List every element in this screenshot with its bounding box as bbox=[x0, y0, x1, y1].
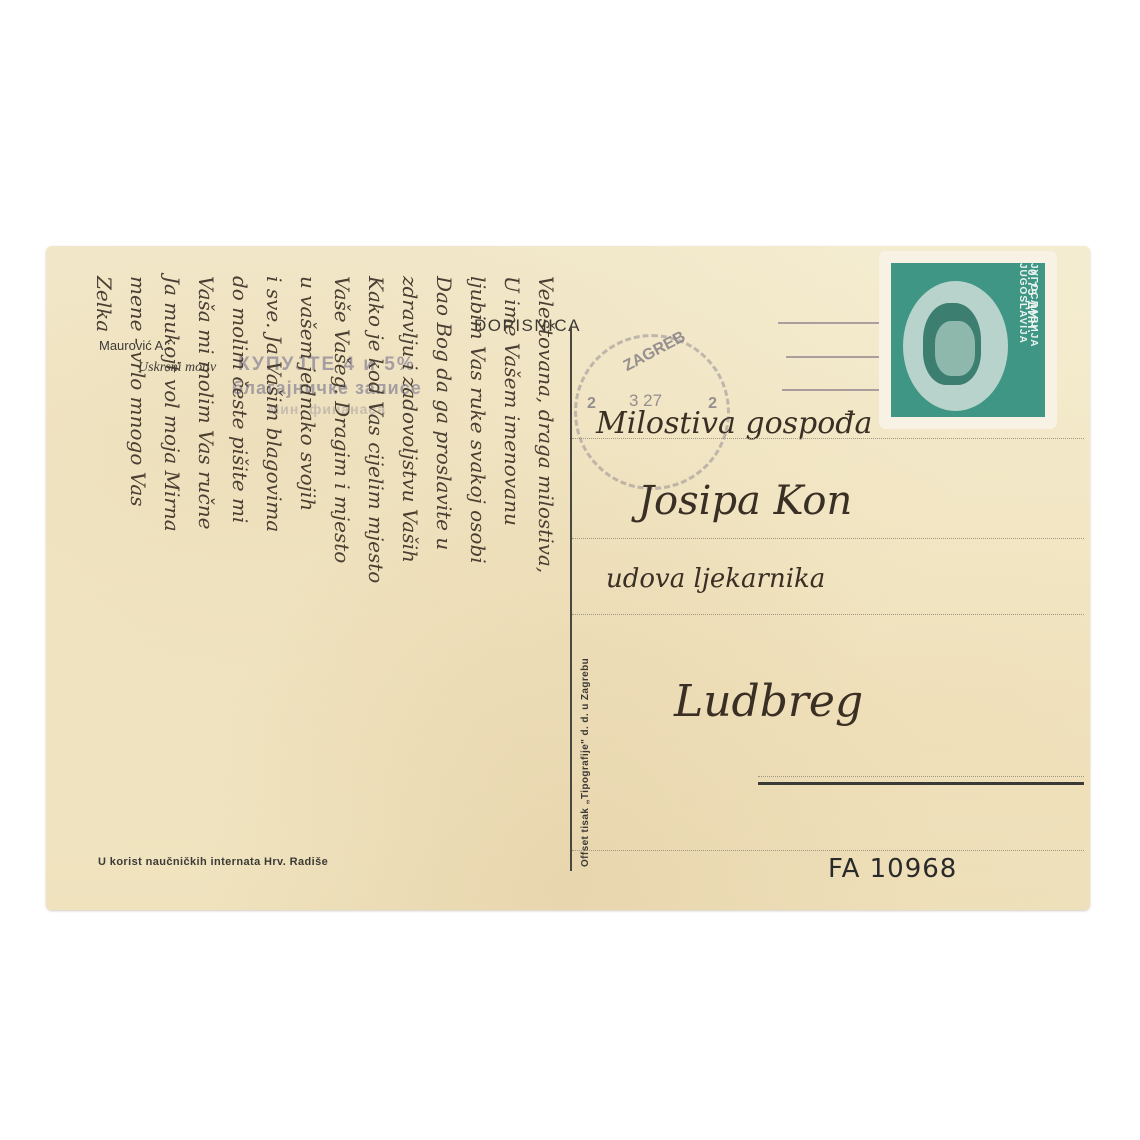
message-line: U ime Vašem imenovanu bbox=[500, 276, 524, 526]
message-line: do molim česte pišite mi bbox=[228, 276, 252, 523]
propaganda-stamp: КУПУЈТЕ 4 и 5% благајничке записе Мин. ф… bbox=[232, 354, 422, 417]
postmark-number: 2 bbox=[587, 395, 596, 413]
message-line: u vašem jednako svojih bbox=[296, 276, 320, 511]
message-line: Kako je kod Vas cijelim mjesto bbox=[364, 276, 388, 583]
center-divider bbox=[570, 326, 572, 871]
propaganda-line-3: Мин. финанаса bbox=[232, 401, 422, 417]
stamp-country: ЈУГОСЛАВИЈА JUGOSLAVIJA bbox=[1017, 263, 1039, 407]
postcard: Maurović A.: Uskrsni motiv DOPISNICA КУП… bbox=[46, 246, 1090, 910]
address-underline bbox=[758, 782, 1084, 785]
message-line: ljubim Vas ruke svakoj osobi bbox=[466, 276, 490, 564]
message-line: Zelka bbox=[92, 276, 116, 332]
address-city: Ludbreg bbox=[674, 676, 863, 727]
postmark-city: ZAGREB bbox=[621, 328, 689, 376]
message-line: zdravlju i zadovoljstvu Vaših bbox=[398, 276, 422, 563]
message-line: Vaše Vašeg. Dragim i mjesto bbox=[330, 276, 354, 563]
message-line: mene - vrlo mnogo Vas bbox=[126, 276, 150, 507]
address-line bbox=[572, 438, 1084, 439]
address-occupation: udova ljekarnika bbox=[606, 564, 825, 594]
stamp-face: 0.75 ДИН. ЈУГОСЛАВИЈА JUGOSLAVIJA bbox=[891, 263, 1045, 417]
address-line bbox=[572, 850, 1084, 851]
address-salutation: Milostiva gospođa bbox=[596, 406, 872, 441]
message-line: Vaša mi molim Vas ručne bbox=[194, 276, 218, 529]
message-line: i sve. Ja Vašim blagovima bbox=[262, 276, 286, 532]
printer-credit: Offset tisak „Tipografije" d. d. u Zagre… bbox=[580, 658, 591, 867]
propaganda-line-1: КУПУЈТЕ 4 и 5% bbox=[232, 354, 422, 376]
postcard-title: DOPISNICA bbox=[474, 316, 581, 336]
footer-note: U korist naučničkih internata Hrv. Radiš… bbox=[98, 856, 328, 868]
message-line: Ja mukojt vol moja Mirna bbox=[160, 276, 184, 532]
archive-number: FA 10968 bbox=[828, 854, 957, 884]
propaganda-line-2: благајничке записе bbox=[232, 378, 422, 399]
address-line bbox=[572, 538, 1084, 539]
message-line: Dao Bog da ga proslavite u bbox=[432, 276, 456, 550]
address-line bbox=[758, 776, 1084, 777]
postage-stamp: 0.75 ДИН. ЈУГОСЛАВИЈА JUGOSLAVIJA bbox=[882, 254, 1054, 426]
message-line: Veleštovana, draga milostiva, bbox=[534, 276, 558, 573]
address-name: Josipa Kon bbox=[638, 478, 852, 524]
portrait-face bbox=[935, 321, 975, 376]
address-line bbox=[572, 614, 1084, 615]
